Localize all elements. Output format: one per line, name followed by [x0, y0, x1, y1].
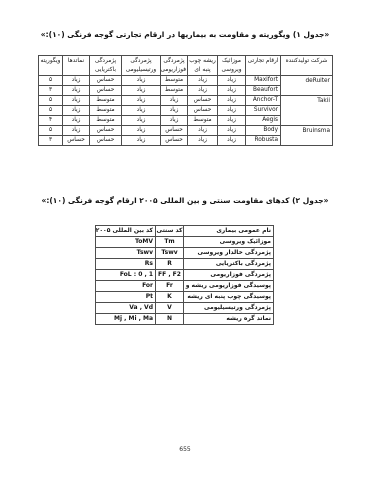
- verticillium-cell: زیاد: [122, 106, 161, 116]
- table-row: Bruinsma Body زیاد زیاد حساس زیاد حساس ز…: [39, 126, 333, 136]
- verticillium-cell: زیاد: [122, 126, 161, 136]
- international-code-cell: FoL : 0 , 1: [96, 270, 156, 281]
- cultivar-cell: Survivor: [246, 106, 281, 116]
- company-cell: Bruinsma: [281, 126, 333, 146]
- disease-name-cell: پژمردگی باکتریایی: [184, 259, 274, 270]
- table-row: پژمردگی باکتریایی R Rs: [96, 259, 274, 270]
- disease-name-cell: پوسیدگی فوزاریومی ریشه و تاج: [184, 281, 274, 292]
- mosaic-cell: زیاد: [218, 136, 246, 146]
- col-header-mosaic: موزائیک ویروسی: [218, 56, 246, 76]
- col-header-company: شرکت تولیدکننده: [281, 56, 333, 76]
- vigor-cell: ۳: [39, 86, 63, 96]
- traditional-code-cell: K: [156, 292, 184, 303]
- fusarium-cell: زیاد: [161, 106, 188, 116]
- fusarium-cell: حساس: [161, 136, 188, 146]
- international-code-cell: Mj , Mi , Ma: [96, 314, 156, 325]
- cultivar-cell: Body: [246, 126, 281, 136]
- cultivar-cell: Robusta: [246, 136, 281, 146]
- col-header-verticillium: پژمردگی ورتیسیلیومی: [122, 56, 161, 76]
- mosaic-cell: زیاد: [218, 76, 246, 86]
- mosaic-cell: زیاد: [218, 86, 246, 96]
- mosaic-cell: زیاد: [218, 96, 246, 106]
- col-header-vigor: ویگوریته: [39, 56, 63, 76]
- mosaic-cell: زیاد: [218, 116, 246, 126]
- nematodes-cell: زیاد: [63, 116, 90, 126]
- nematodes-cell: زیاد: [63, 126, 90, 136]
- disease-name-cell: پژمردگی فوزاریومی: [184, 270, 274, 281]
- col-header-bacterial: پژمردگی باکتریایی: [90, 56, 122, 76]
- table-row: پژمردگی خالدار ویروسی Tswv Tswv: [96, 248, 274, 259]
- company-cell: Takii: [281, 96, 333, 126]
- page-number: 655: [0, 446, 370, 453]
- international-code-cell: Rs: [96, 259, 156, 270]
- bacterial-cell: متوسط: [90, 96, 122, 106]
- cultivar-cell: Maxifort: [246, 76, 281, 86]
- corky-root-cell: زیاد: [188, 86, 218, 96]
- table-row: پوسیدگی فوزاریومی ریشه و تاج Fr For: [96, 281, 274, 292]
- table2-header-row: نام عمومی بیماری کد سنتی کد بین المللی ۲…: [96, 226, 274, 237]
- table-row: پژمردگی فوزاریومی FF , F2 FoL : 0 , 1: [96, 270, 274, 281]
- bacterial-cell: حساس: [90, 136, 122, 146]
- traditional-code-cell: Tm: [156, 237, 184, 248]
- fusarium-cell: متوسط: [161, 76, 188, 86]
- traditional-code-cell: Tswv: [156, 248, 184, 259]
- corky-root-cell: زیاد: [188, 76, 218, 86]
- traditional-code-cell: Fr: [156, 281, 184, 292]
- corky-root-cell: زیاد: [188, 136, 218, 146]
- international-code-cell: Tswv: [96, 248, 156, 259]
- international-code-cell: For: [96, 281, 156, 292]
- table-row: نماتد گره ریشه N Mj , Mi , Ma: [96, 314, 274, 325]
- resistance-codes-table: نام عمومی بیماری کد سنتی کد بین المللی ۲…: [95, 225, 274, 325]
- corky-root-cell: زیاد: [188, 126, 218, 136]
- fusarium-cell: متوسط: [161, 86, 188, 96]
- verticillium-cell: زیاد: [122, 96, 161, 106]
- international-code-cell: Va , Vd: [96, 303, 156, 314]
- vigor-cell: ۵: [39, 96, 63, 106]
- document-page: { "page_number": "655", "table1": { "tit…: [0, 0, 370, 480]
- mosaic-cell: زیاد: [218, 106, 246, 116]
- vigor-resistance-table: شرکت تولیدکننده ارقام تجارتی موزائیک ویر…: [38, 55, 333, 146]
- traditional-code-cell: FF , F2: [156, 270, 184, 281]
- fusarium-cell: زیاد: [161, 116, 188, 126]
- fusarium-cell: زیاد: [161, 96, 188, 106]
- international-code-cell: ToMV: [96, 237, 156, 248]
- nematodes-cell: حساس: [63, 136, 90, 146]
- disease-name-cell: پوسیدگی چوب پنبه ای ریشه: [184, 292, 274, 303]
- international-code-cell: Pt: [96, 292, 156, 303]
- nematodes-cell: زیاد: [63, 96, 90, 106]
- mosaic-cell: زیاد: [218, 126, 246, 136]
- vigor-cell: ۵: [39, 76, 63, 86]
- col-header-disease-name: نام عمومی بیماری: [184, 226, 274, 237]
- table1-title: «جدول ۱) ویگوریته و مقاومت به بیماریها د…: [0, 30, 370, 39]
- col-header-fusarium: پژمردگی فوزاریومی: [161, 56, 188, 76]
- vigor-cell: ۵: [39, 126, 63, 136]
- cultivar-cell: Anchor-T: [246, 96, 281, 106]
- corky-root-cell: متوسط: [188, 116, 218, 126]
- col-header-nematodes: نماتدها: [63, 56, 90, 76]
- nematodes-cell: زیاد: [63, 76, 90, 86]
- verticillium-cell: زیاد: [122, 76, 161, 86]
- col-header-international-code: کد بین المللی ۲۰۰۵: [96, 226, 156, 237]
- vigor-cell: ۵: [39, 106, 63, 116]
- table-row: موزائیک ویروسی Tm ToMV: [96, 237, 274, 248]
- corky-root-cell: حساس: [188, 96, 218, 106]
- corky-root-cell: حساس: [188, 106, 218, 116]
- nematodes-cell: زیاد: [63, 86, 90, 96]
- traditional-code-cell: N: [156, 314, 184, 325]
- disease-name-cell: موزائیک ویروسی: [184, 237, 274, 248]
- bacterial-cell: حساس: [90, 76, 122, 86]
- verticillium-cell: زیاد: [122, 136, 161, 146]
- table-row: Takii Anchor-T زیاد حساس زیاد زیاد متوسط…: [39, 96, 333, 106]
- company-cell: deRuiter: [281, 76, 333, 96]
- table-row: پوسیدگی چوب پنبه ای ریشه K Pt: [96, 292, 274, 303]
- table-row: deRuiter Maxifort زیاد زیاد متوسط زیاد ح…: [39, 76, 333, 86]
- fusarium-cell: حساس: [161, 126, 188, 136]
- disease-name-cell: نماتد گره ریشه: [184, 314, 274, 325]
- cultivar-cell: Aegis: [246, 116, 281, 126]
- verticillium-cell: زیاد: [122, 86, 161, 96]
- traditional-code-cell: V: [156, 303, 184, 314]
- bacterial-cell: متوسط: [90, 106, 122, 116]
- vigor-cell: ۴: [39, 116, 63, 126]
- bacterial-cell: حساس: [90, 126, 122, 136]
- verticillium-cell: زیاد: [122, 116, 161, 126]
- table-row: پژمردگی ورتیسیلیومی V Va , Vd: [96, 303, 274, 314]
- vigor-cell: ۳: [39, 136, 63, 146]
- table1-header-row: شرکت تولیدکننده ارقام تجارتی موزائیک ویر…: [39, 56, 333, 76]
- traditional-code-cell: R: [156, 259, 184, 270]
- col-header-traditional-code: کد سنتی: [156, 226, 184, 237]
- bacterial-cell: حساس: [90, 86, 122, 96]
- col-header-cultivar: ارقام تجارتی: [246, 56, 281, 76]
- col-header-corky-root: ریشه چوب پنبه ای: [188, 56, 218, 76]
- disease-name-cell: پژمردگی خالدار ویروسی: [184, 248, 274, 259]
- bacterial-cell: متوسط: [90, 116, 122, 126]
- disease-name-cell: پژمردگی ورتیسیلیومی: [184, 303, 274, 314]
- nematodes-cell: زیاد: [63, 106, 90, 116]
- cultivar-cell: Beaufort: [246, 86, 281, 96]
- table2-title: «جدول ۲) کدهای مقاومت سنتی و بین المللی …: [0, 196, 370, 205]
